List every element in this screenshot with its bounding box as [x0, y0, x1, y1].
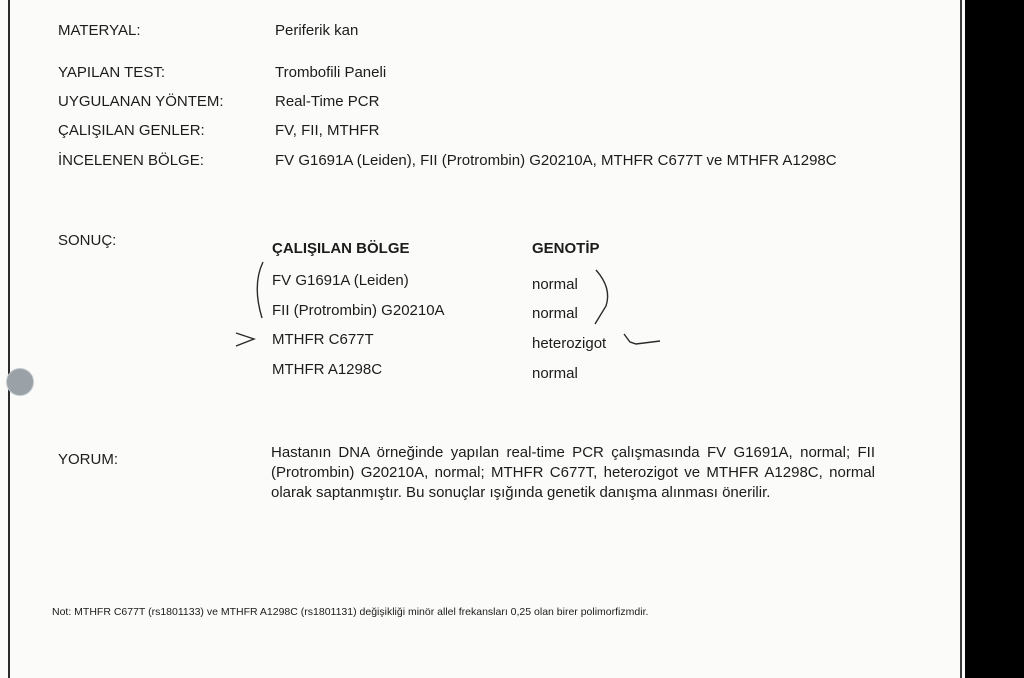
scanned-report-page: MATERYAL: Periferik kan YAPILAN TEST: Tr…	[0, 0, 965, 678]
handwritten-annotations	[0, 0, 965, 678]
left-bracket-mark	[257, 262, 263, 318]
arrow-left-icon	[624, 334, 660, 344]
right-bracket-mark	[595, 270, 608, 324]
arrow-right-icon	[236, 333, 254, 346]
comment-label: YORUM:	[58, 451, 118, 468]
comment-text: Hastanın DNA örneğinde yapılan real-time…	[271, 443, 875, 503]
footnote: Not: MTHFR C677T (rs1801133) ve MTHFR A1…	[52, 606, 648, 618]
